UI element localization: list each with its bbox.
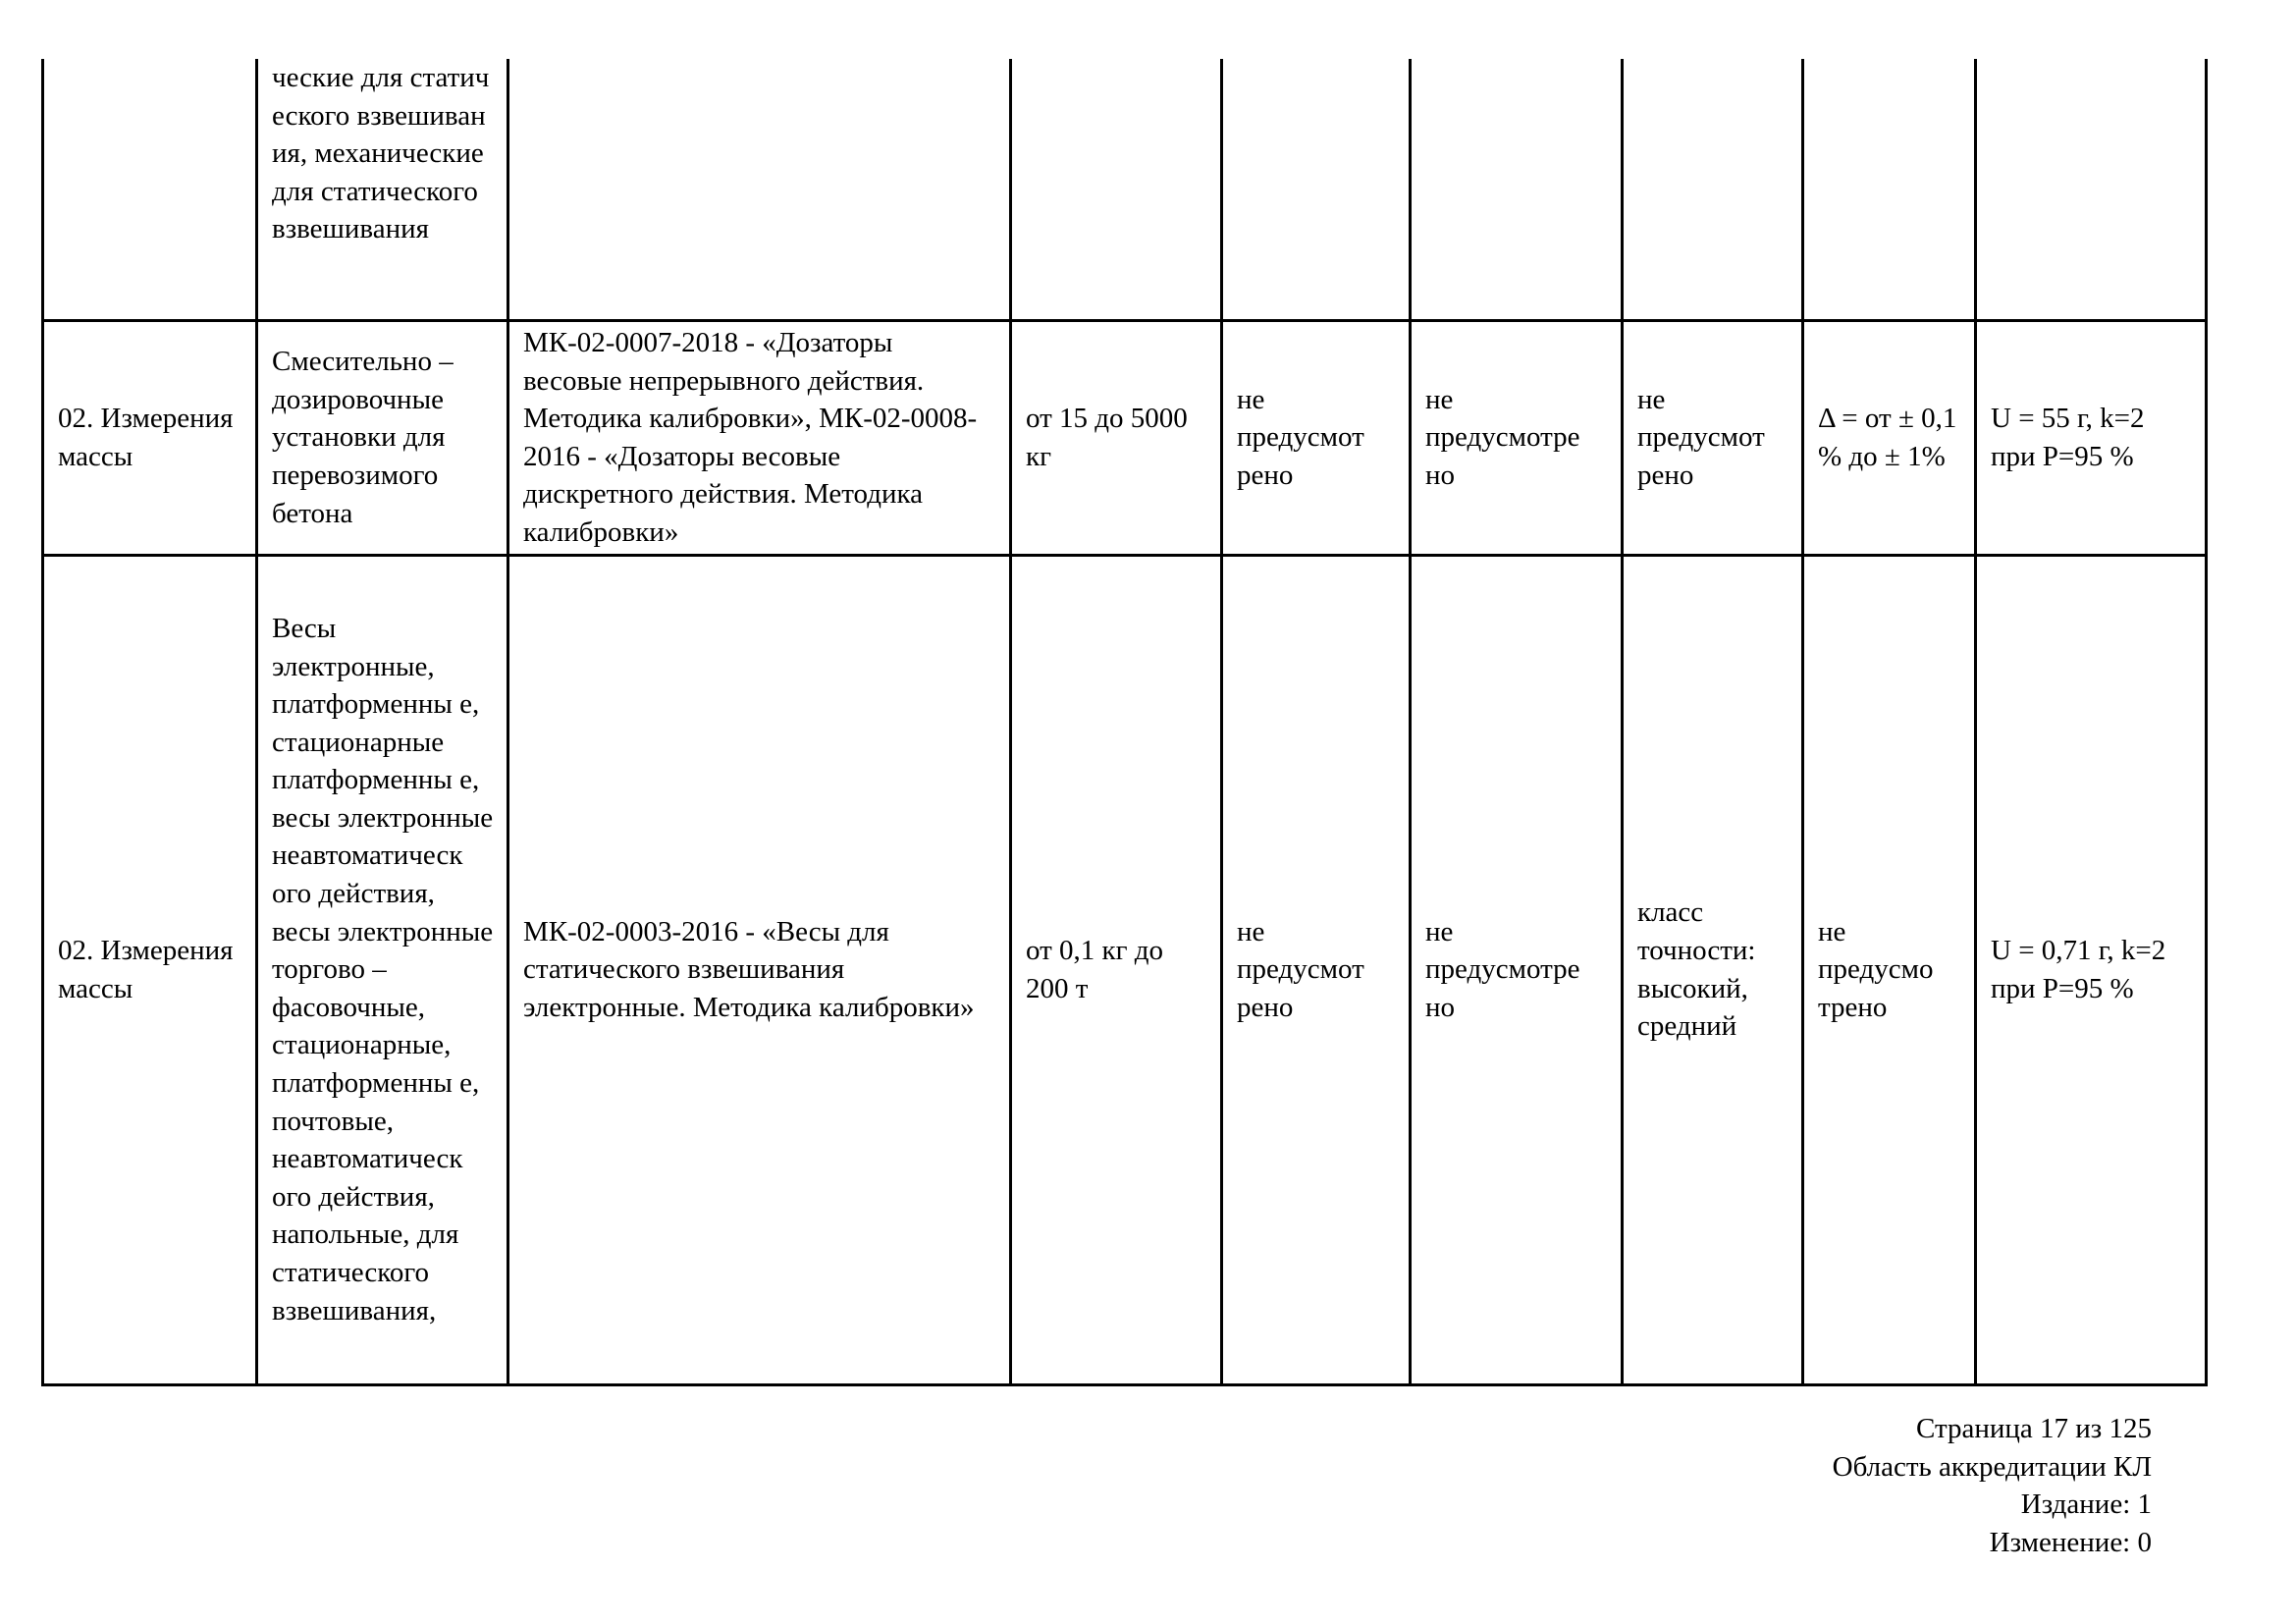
- cell-range: [1011, 59, 1222, 321]
- cell-object: Смесительно – дозировочные установки для…: [257, 321, 508, 556]
- page-footer: Страница 17 из 125 Область аккредитации …: [1833, 1410, 2152, 1561]
- cell-col6: [1411, 59, 1623, 321]
- page-number: Страница 17 из 125: [1833, 1410, 2152, 1448]
- cell-col8: Δ = от ± 0,1 % до ± 1%: [1803, 321, 1976, 556]
- cell-method: МК-02-0003-2016 - «Весы для статического…: [508, 555, 1011, 1384]
- cell-col7: не предусмот рено: [1623, 321, 1803, 556]
- cell-col5: [1222, 59, 1411, 321]
- table-row: 02. Измерения массы Весы электронные, пл…: [43, 555, 2207, 1384]
- document-title: Область аккредитации КЛ: [1833, 1448, 2152, 1487]
- cell-col7: класс точности: высокий, средний: [1623, 555, 1803, 1384]
- cell-area: 02. Измерения массы: [43, 555, 257, 1384]
- cell-col7: [1623, 59, 1803, 321]
- cell-range: от 0,1 кг до 200 т: [1011, 555, 1222, 1384]
- cell-col5: не предусмот рено: [1222, 555, 1411, 1384]
- cell-method: [508, 59, 1011, 321]
- cell-method: МК-02-0007-2018 - «Дозаторы весовые непр…: [508, 321, 1011, 556]
- cell-uncertainty: [1976, 59, 2207, 321]
- cell-col8: не предусмо трено: [1803, 555, 1976, 1384]
- table-row: 02. Измерения массы Смесительно – дозиро…: [43, 321, 2207, 556]
- cell-uncertainty: U = 55 г, k=2 при P=95 %: [1976, 321, 2207, 556]
- change-number: Изменение: 0: [1833, 1524, 2152, 1562]
- edition: Издание: 1: [1833, 1486, 2152, 1524]
- cell-uncertainty: U = 0,71 г, k=2 при P=95 %: [1976, 555, 2207, 1384]
- cell-object: Весы электронные, платформенны е, стацио…: [257, 555, 508, 1384]
- accreditation-table: ческие для статического взвешивания, мех…: [41, 59, 2208, 1386]
- cell-col5: не предусмот рено: [1222, 321, 1411, 556]
- cell-range: от 15 до 5000 кг: [1011, 321, 1222, 556]
- cell-area: [43, 59, 257, 321]
- cell-col8: [1803, 59, 1976, 321]
- table-row: ческие для статического взвешивания, мех…: [43, 59, 2207, 321]
- cell-area: 02. Измерения массы: [43, 321, 257, 556]
- cell-col6: не предусмотре но: [1411, 321, 1623, 556]
- cell-object: ческие для статического взвешивания, мех…: [257, 59, 508, 321]
- cell-col6: не предусмотре но: [1411, 555, 1623, 1384]
